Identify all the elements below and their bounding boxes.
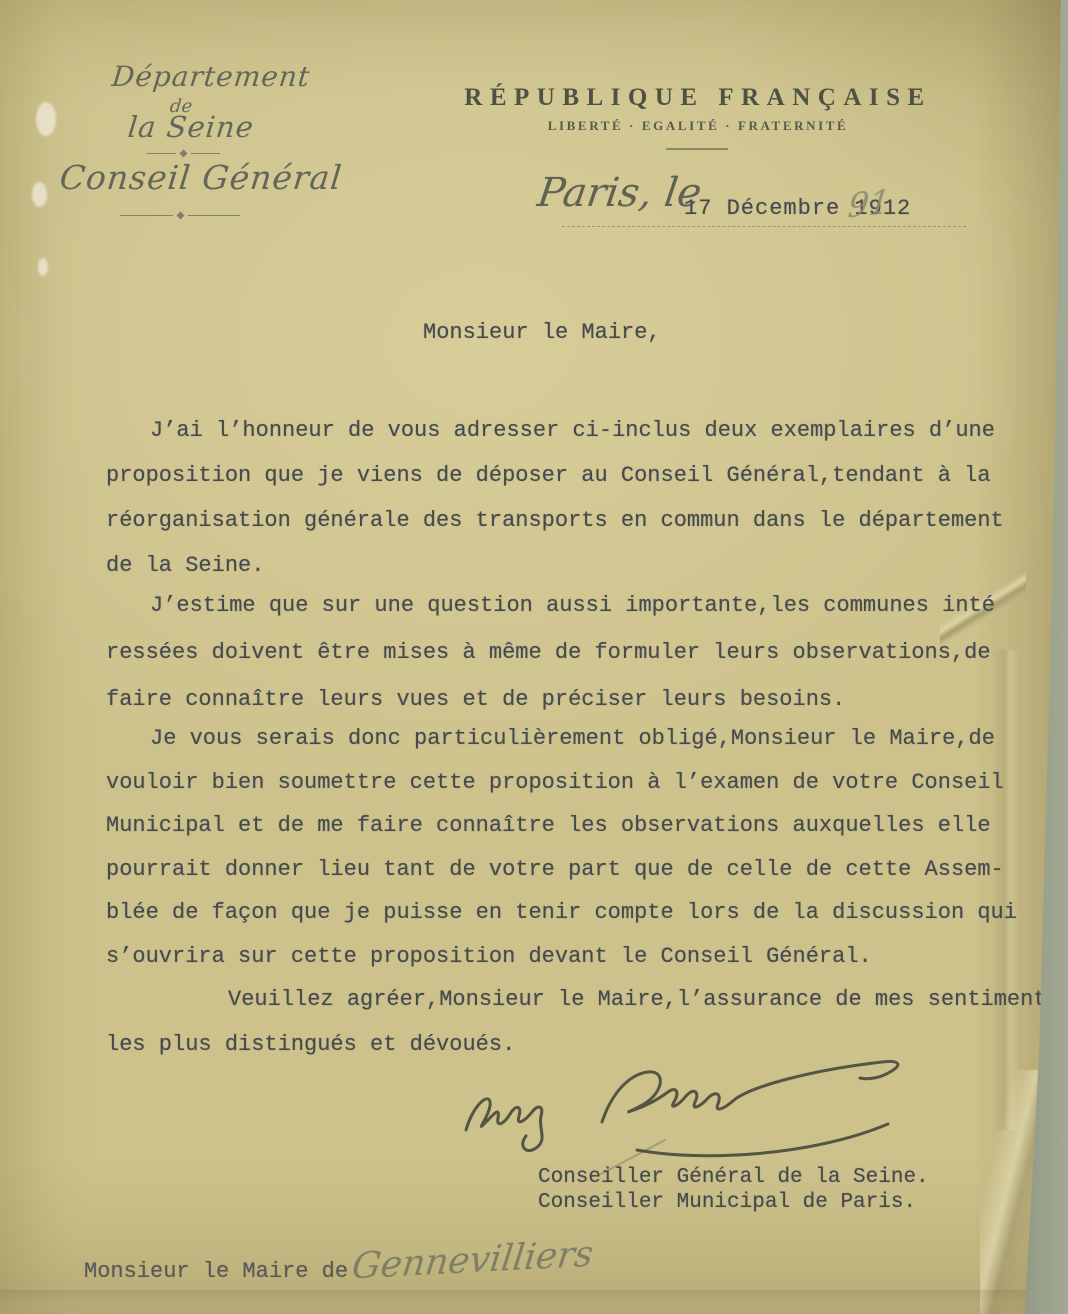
letterhead-conseil-general: Conseil Général <box>58 158 344 197</box>
salutation: Monsieur le Maire, <box>423 320 661 345</box>
paper-crease-bottom <box>0 1290 1068 1304</box>
body-line: blée de façon que je puisse en tenir com… <box>106 891 1030 935</box>
body-line: réorganisation générale des transports e… <box>106 498 1030 543</box>
divider-ornament <box>120 212 240 219</box>
letterhead-la-seine: la Seine <box>126 110 256 144</box>
body-line: J’estime que sur une question aussi impo… <box>106 582 1030 629</box>
ornament-line <box>120 215 173 216</box>
masthead-republique-francaise: RÉPUBLIQUE FRANÇAISE <box>438 84 958 112</box>
body-line: proposition que je viens de déposer au C… <box>106 453 1030 498</box>
letterhead-departement: Département <box>110 60 312 93</box>
addressee-handwritten: Gennevilliers <box>350 1234 596 1288</box>
addressee-typed: Monsieur le Maire de <box>84 1259 348 1284</box>
ornament-line <box>188 215 241 216</box>
dateline-paris-le: Paris, le <box>535 170 705 216</box>
body-line: pourrait donner lieu tant de votre part … <box>106 848 1030 892</box>
body-line: J’ai l’honneur de vous adresser ci-inclu… <box>106 408 1030 453</box>
photo-background: Département de la Seine Conseil Général … <box>0 0 1068 1314</box>
divider-ornament <box>146 150 220 157</box>
paragraph-3: Je vous serais donc particulièrement obl… <box>106 717 1030 978</box>
ornament-diamond-icon <box>179 150 187 158</box>
dateline-handwritten-mark: 91 <box>846 181 892 225</box>
signer-title-conseiller-general: Conseiller Général de la Seine. <box>538 1166 929 1189</box>
paper-damage-spot <box>36 102 56 136</box>
paper-damage-spot <box>32 182 47 207</box>
signer-title-conseiller-municipal: Conseiller Municipal de Paris. <box>538 1191 916 1214</box>
body-line: Veuillez agréer,Monsieur le Maire,l’assu… <box>106 977 1030 1022</box>
ornament-diamond-icon <box>176 212 184 220</box>
body-line: Je vous serais donc particulièrement obl… <box>106 717 1030 761</box>
body-line: s’ouvrira sur cette proposition devant l… <box>106 935 1030 979</box>
paper-damage-spot <box>38 258 48 276</box>
letter-page: Département de la Seine Conseil Général … <box>0 0 1068 1314</box>
paragraph-1: J’ai l’honneur de vous adresser ci-inclu… <box>106 408 1030 588</box>
ornament-line <box>146 153 176 154</box>
dateline-underline <box>562 226 966 227</box>
body-line: vouloir bien soumettre cette proposition… <box>106 761 1030 805</box>
body-line: faire connaître leurs vues et de précise… <box>106 676 1030 723</box>
ornament-line <box>191 153 221 154</box>
signature-handwriting <box>452 1052 922 1170</box>
body-line: Municipal et de me faire connaître les o… <box>106 804 1030 848</box>
paragraph-2: J’estime que sur une question aussi impo… <box>106 582 1030 723</box>
body-line: ressées doivent être mises à même de for… <box>106 629 1030 676</box>
masthead-motto: LIBERTÉ · EGALITÉ · FRATERNITÉ <box>438 118 958 134</box>
motto-rule <box>666 148 728 150</box>
